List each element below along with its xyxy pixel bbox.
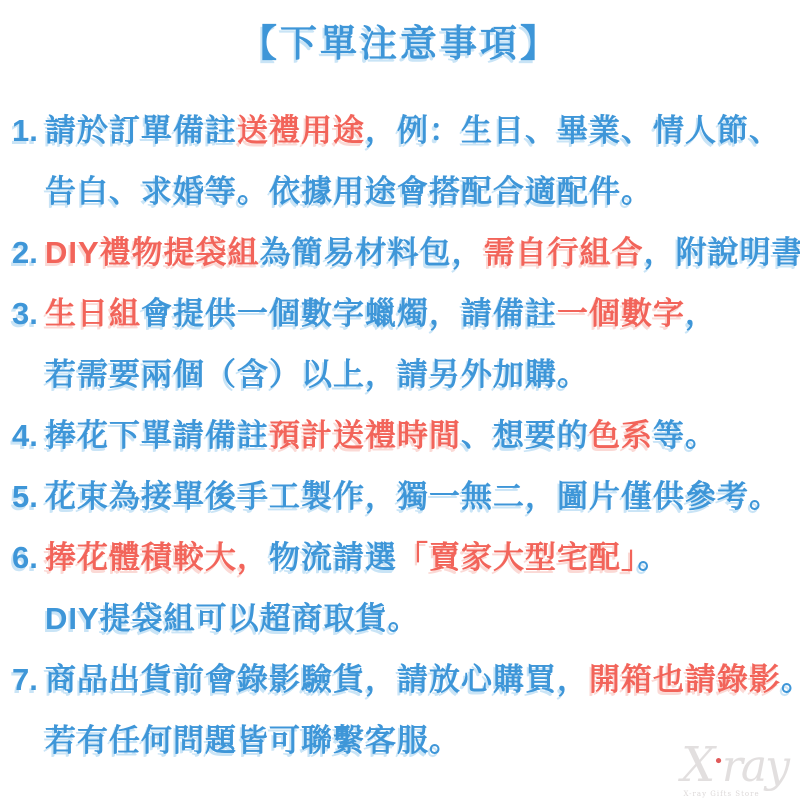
item-line: 捧花下單請備註預計送禮時間、想要的色系等。 — [45, 405, 800, 466]
text-segment: 、想要的 — [461, 418, 589, 453]
item-line: 若需要兩個（含）以上，請另外加購。 — [45, 344, 800, 405]
list-item: 4.捧花下單請備註預計送禮時間、想要的色系等。 — [12, 405, 800, 466]
text-segment: 等。 — [653, 418, 717, 453]
item-line: 生日組會提供一個數字蠟燭，請備註一個數字， — [45, 283, 800, 344]
text-segment: 商品出貨前會錄影驗貨，請放心購買， — [45, 662, 589, 697]
watermark-ray: ray — [722, 741, 788, 792]
page-title: 【下單注意事項】 — [0, 0, 800, 66]
item-number: 3. — [12, 283, 38, 344]
text-segment: 為簡易材料包， — [260, 235, 484, 270]
item-line: DIY禮物提袋組為簡易材料包，需自行組合，附說明書。 — [45, 222, 800, 283]
text-segment: ，例：生日、畢業、情人節、 — [365, 113, 781, 148]
list-item: 1.請於訂單備註送禮用途，例：生日、畢業、情人節、告白、求婚等。依據用途會搭配合… — [12, 100, 800, 222]
text-segment: 物流請選 — [269, 540, 397, 575]
text-segment: 一個數字 — [557, 296, 685, 331]
item-line: 商品出貨前會錄影驗貨，請放心購買，開箱也請錄影。 — [45, 649, 800, 710]
item-line: 花束為接單後手工製作，獨一無二，圖片僅供參考。 — [45, 466, 800, 527]
text-segment: 捧花下單請備註 — [45, 418, 269, 453]
text-segment: 請於訂單備註 — [45, 113, 237, 148]
watermark-subtext: X-ray Gifts Store — [681, 791, 762, 798]
item-line: DIY提袋組可以超商取貨。 — [45, 588, 800, 649]
text-segment: 生日組 — [45, 296, 141, 331]
watermark-dot: • — [713, 751, 722, 772]
notes-list: 1.請於訂單備註送禮用途，例：生日、畢業、情人節、告白、求婚等。依據用途會搭配合… — [0, 100, 800, 771]
text-segment: 送禮用途 — [237, 113, 365, 148]
text-segment: ，附說明書。 — [644, 235, 800, 270]
text-segment: 「賣家大型宅配」 — [397, 540, 638, 575]
text-segment: 。 — [781, 662, 800, 697]
text-segment: 開箱也請錄影 — [589, 662, 781, 697]
item-number: 6. — [12, 527, 38, 588]
list-item: 5.花束為接單後手工製作，獨一無二，圖片僅供參考。 — [12, 466, 800, 527]
item-line: 請於訂單備註送禮用途，例：生日、畢業、情人節、 — [45, 100, 800, 161]
brand-watermark: X•ray X-ray Gifts Store — [681, 741, 788, 798]
text-segment: DIY提袋組可以超商取貨。 — [45, 601, 420, 636]
text-segment: 需自行組合 — [484, 235, 644, 270]
item-line: 告白、求婚等。依據用途會搭配合適配件。 — [45, 161, 800, 222]
list-item: 2.DIY禮物提袋組為簡易材料包，需自行組合，附說明書。 — [12, 222, 800, 283]
item-number: 4. — [12, 405, 38, 466]
item-number: 2. — [12, 222, 38, 283]
text-segment: 會提供一個數字蠟燭，請備註 — [141, 296, 557, 331]
text-segment: 預計送禮時間 — [269, 418, 461, 453]
text-segment: DIY禮物提袋組 — [45, 235, 260, 270]
text-segment: 若有任何問題皆可聯繫客服。 — [45, 723, 461, 758]
watermark-x: X — [681, 737, 713, 793]
text-segment: 告白、求婚等。依據用途會搭配合適配件。 — [45, 174, 653, 209]
text-segment: ， — [685, 296, 717, 331]
text-segment: 。 — [638, 540, 670, 575]
text-segment: 捧花體積較大， — [45, 540, 269, 575]
list-item: 6.捧花體積較大，物流請選「賣家大型宅配」。DIY提袋組可以超商取貨。 — [12, 527, 800, 649]
watermark-logo-text: X•ray — [681, 741, 788, 789]
item-number: 5. — [12, 466, 38, 527]
item-line: 捧花體積較大，物流請選「賣家大型宅配」。 — [45, 527, 800, 588]
text-segment: 花束為接單後手工製作，獨一無二，圖片僅供參考。 — [45, 479, 781, 514]
text-segment: 若需要兩個（含）以上，請另外加購。 — [45, 357, 589, 392]
text-segment: 色系 — [589, 418, 653, 453]
list-item: 3.生日組會提供一個數字蠟燭，請備註一個數字，若需要兩個（含）以上，請另外加購。 — [12, 283, 800, 405]
order-notes-image: 【下單注意事項】 1.請於訂單備註送禮用途，例：生日、畢業、情人節、告白、求婚等… — [0, 0, 800, 800]
item-number: 1. — [12, 100, 38, 161]
item-number: 7. — [12, 649, 38, 710]
